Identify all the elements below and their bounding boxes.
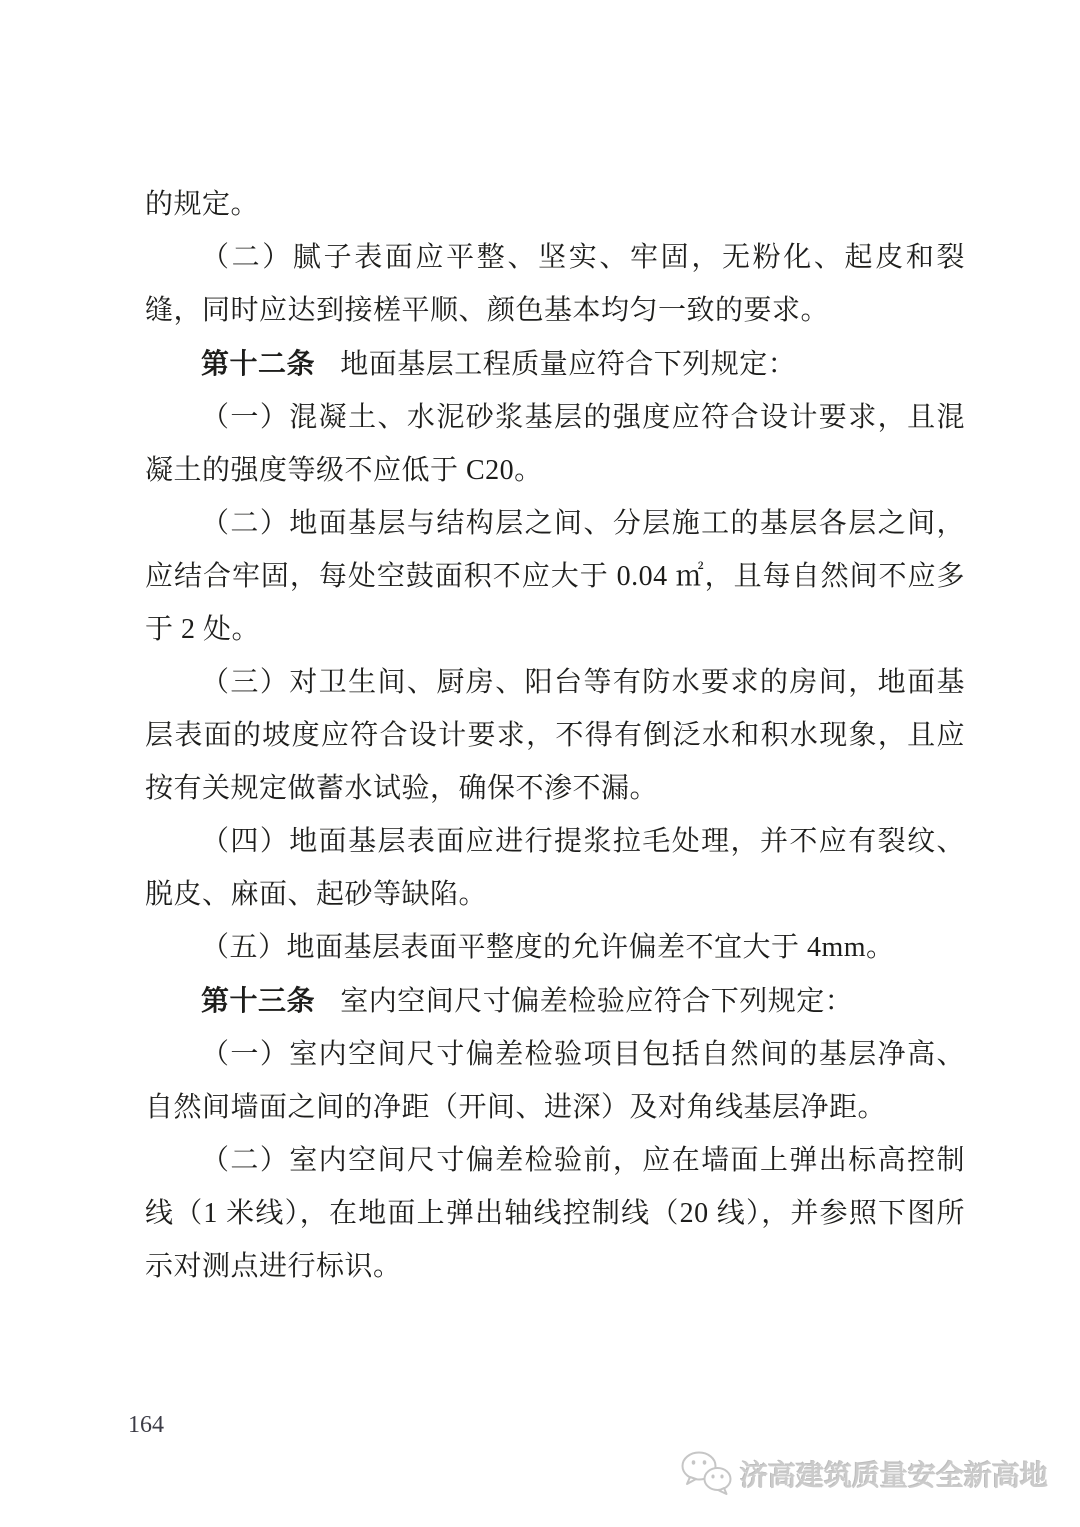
paragraph-text: （二）地面基层与结构层之间、分层施工的基层各层之间，应结合牢固，每处空鼓面积不应…: [145, 508, 965, 645]
paragraph: （一）室内空间尺寸偏差检验项目包括自然间的基层净高、自然间墙面之间的净距（开间、…: [145, 1028, 965, 1134]
paragraph: （四）地面基层表面应进行提浆拉毛处理，并不应有裂纹、脱皮、麻面、起砂等缺陷。: [145, 815, 965, 921]
article-number-label: 第十三条: [201, 985, 315, 1016]
paragraph-text: （三）对卫生间、厨房、阳台等有防水要求的房间，地面基层表面的坡度应符合设计要求，…: [145, 667, 965, 804]
paragraph-text: （一）混凝土、水泥砂浆基层的强度应符合设计要求，且混凝土的强度等级不应低于 C2…: [145, 402, 965, 486]
watermark-text: 济高建筑质量安全新高地: [740, 1454, 1048, 1494]
article-number-label: 第十二条: [201, 348, 315, 379]
paragraph: （二）室内空间尺寸偏差检验前，应在墙面上弹出标高控制线（1 米线），在地面上弹出…: [145, 1134, 965, 1293]
paragraph: 第十三条室内空间尺寸偏差检验应符合下列规定：: [145, 974, 965, 1028]
paragraph: （二）腻子表面应平整、坚实、牢固，无粉化、起皮和裂缝，同时应达到接槎平顺、颜色基…: [145, 231, 965, 337]
paragraph-text: （四）地面基层表面应进行提浆拉毛处理，并不应有裂纹、脱皮、麻面、起砂等缺陷。: [145, 826, 965, 910]
paragraph: （二）地面基层与结构层之间、分层施工的基层各层之间，应结合牢固，每处空鼓面积不应…: [145, 497, 965, 656]
paragraph-text: 室内空间尺寸偏差检验应符合下列规定：: [340, 986, 853, 1017]
document-body: 的规定。（二）腻子表面应平整、坚实、牢固，无粉化、起皮和裂缝，同时应达到接槎平顺…: [145, 178, 965, 1293]
paragraph-text: （一）室内空间尺寸偏差检验项目包括自然间的基层净高、自然间墙面之间的净距（开间、…: [145, 1039, 965, 1123]
watermark: 济高建筑质量安全新高地: [680, 1450, 1048, 1498]
paragraph: 的规定。: [145, 178, 965, 231]
paragraph-text: （五）地面基层表面平整度的允许偏差不宜大于 4mm。: [201, 932, 895, 963]
document-page: 的规定。（二）腻子表面应平整、坚实、牢固，无粉化、起皮和裂缝，同时应达到接槎平顺…: [0, 0, 1080, 1527]
paragraph-text: （二）室内空间尺寸偏差检验前，应在墙面上弹出标高控制线（1 米线），在地面上弹出…: [145, 1145, 965, 1282]
paragraph: 第十二条地面基层工程质量应符合下列规定：: [145, 337, 965, 391]
wechat-icon: [680, 1450, 732, 1498]
paragraph-text: （二）腻子表面应平整、坚实、牢固，无粉化、起皮和裂缝，同时应达到接槎平顺、颜色基…: [145, 242, 965, 326]
paragraph-text: 地面基层工程质量应符合下列规定：: [340, 349, 796, 380]
page-number: 164: [128, 1412, 164, 1439]
paragraph: （一）混凝土、水泥砂浆基层的强度应符合设计要求，且混凝土的强度等级不应低于 C2…: [145, 391, 965, 497]
paragraph: （五）地面基层表面平整度的允许偏差不宜大于 4mm。: [145, 921, 965, 974]
paragraph: （三）对卫生间、厨房、阳台等有防水要求的房间，地面基层表面的坡度应符合设计要求，…: [145, 656, 965, 815]
paragraph-text: 的规定。: [145, 189, 259, 220]
